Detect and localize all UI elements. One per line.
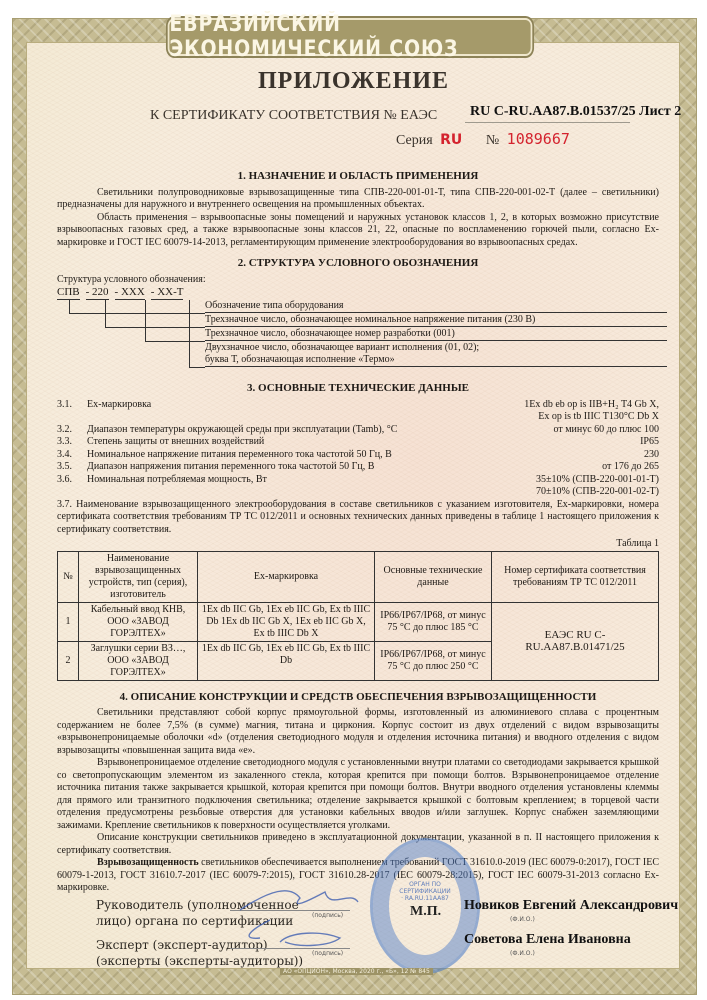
tech-item-number: 3.3. [57,436,87,449]
shared-certificate-cell: ЕАЭС RU C-RU.AA87.B.01471/25 [492,602,659,680]
row-device: Заглушки серии ВЗ…, ООО «ЗАВОД ГОРЭЛТЕХ» [79,641,198,680]
designation-code: СПВ- 220- XXX- XX-Т [57,286,189,300]
series-value: RU [440,132,462,148]
tech-item-number: 3.5. [57,461,87,474]
section-3-heading: 3. ОСНОВНЫЕ ТЕХНИЧЕСКИЕ ДАННЫЕ [57,382,659,395]
header-tech-data: Основные технические данные [375,551,492,602]
row-ex-marking: 1Ex db IIC Gb, 1Ex eb IIC Gb, Ex tb IIIC… [198,641,375,680]
structure-line-2: Трехзначное число, обозначающее номиналь… [205,314,667,327]
section-1-paragraph-2: Область применения – взрывоопасные зоны … [57,212,659,250]
tech-item-value: 70±10% (СПВ-220-001-02-Т) [536,486,659,499]
header-certificate: Номер сертификата соответствия требовани… [492,551,659,602]
certificate-number: RU C-RU.AA87.B.01537/25 Лист 2 [470,104,681,120]
tech-item-number: 3.1. [57,399,87,412]
row-tech-data: IP66/IP67/IP68, от минус 75 °С до плюс 2… [375,641,492,680]
components-table: № Наименование взрывозащищенных устройст… [57,551,659,681]
section-4-paragraph-2: Взрывонепроницаемое отделение светодиодн… [57,757,659,832]
tech-item-value: от минус 60 до плюс 100 [553,424,659,437]
certificate-subtitle: К СЕРТИФИКАТУ СООТВЕТСТВИЯ № ЕАЭС [150,108,437,124]
tech-item: 3.5.Диапазон напряжения питания переменн… [57,461,659,474]
tech-item-number: 3.2. [57,424,87,437]
tech-item-value: Ex op is tb IIIC T130°C Db X [538,411,659,424]
section-1-heading: 1. НАЗНАЧЕНИЕ И ОБЛАСТЬ ПРИМЕНЕНИЯ [57,170,659,183]
union-banner: ЕВРАЗИЙСКИЙ ЭКОНОМИЧЕСКИЙ СОЮЗ [168,18,533,56]
tech-item: 70±10% (СПВ-220-001-02-Т) [57,486,659,499]
code-part-dev: - XXX [115,286,145,300]
structure-line-3: Трехзначное число, обозначающее номер ра… [205,328,667,341]
fio-caption-head: (Ф.И.О.) [510,916,535,923]
table-row: 1 Кабельный ввод КНВ, ООО «ЗАВОД ГОРЭЛТЕ… [58,602,659,641]
head-name: Новиков Евгений Александрович [464,898,678,914]
structure-line-5: буква Т, обозначающая исполнение «Термо» [205,354,667,367]
tech-item: 3.1.Ex-маркировка1Ex db eb op is IIB+H₂ … [57,399,659,412]
code-part-variant: - XX-Т [151,286,184,300]
tech-item-number: 3.6. [57,474,87,487]
page-title: ПРИЛОЖЕНИЕ [0,68,707,95]
tech-item-label: Номинальное напряжение питания переменно… [87,449,644,462]
handwritten-signature-icon [230,880,370,960]
tech-item-number [57,486,87,499]
tech-item-label [87,486,536,499]
tech-item-label: Степень защиты от внешних воздействий [87,436,640,449]
tech-item-value: IP65 [640,436,659,449]
row-tech-data: IP66/IP67/IP68, от минус 75 °С до плюс 1… [375,602,492,641]
header-num: № [58,551,79,602]
designation-structure-diagram: СПВ- 220- XXX- XX-Т Обозначение типа обо… [57,286,659,382]
row-ex-marking: 1Ex db IIC Gb, 1Ex eb IIC Gb, Ex tb IIIC… [198,602,375,641]
stamp-label: М.П. [410,904,441,920]
code-part-type: СПВ [57,286,80,300]
table-header-row: № Наименование взрывозащищенных устройст… [58,551,659,602]
tech-item: 3.3.Степень защиты от внешних воздействи… [57,436,659,449]
form-number: 1089667 [507,130,570,148]
section-4-paragraph-1: Светильники представляют собой корпус пр… [57,707,659,757]
tech-item: 3.6.Номинальная потребляемая мощность, В… [57,474,659,487]
section-4-paragraph-3: Описание конструкции светильников привед… [57,832,659,857]
stamp-text: ОРГАН ПО СЕРТИФИКАЦИИ · RA.RU.11AA87 [399,881,451,902]
tech-item-label [87,411,538,424]
header-device: Наименование взрывозащищенных устройств,… [79,551,198,602]
tech-item-label: Ex-маркировка [87,399,524,412]
tech-item-number: 3.4. [57,449,87,462]
tech-item-value: 230 [644,449,659,462]
tech-item: Ex op is tb IIIC T130°C Db X [57,411,659,424]
tech-item: 3.2.Диапазон температуры окружающей сред… [57,424,659,437]
structure-line-4: Двухзначное число, обозначающее вариант … [205,342,667,354]
tech-item-value: от 176 до 265 [602,461,659,474]
certificate-number-underline [465,122,630,123]
header-ex-marking: Ex-маркировка [198,551,375,602]
print-info: АО «ОПЦИОН», Москва, 2020 г., «Б», 12 № … [280,968,433,975]
section-3-7-paragraph: 3.7. Наименование взрывозащищенного элек… [57,499,659,537]
explosion-protection-term: Взрывозащищенность [97,857,199,868]
tech-item-label: Диапазон температуры окружающей среды пр… [87,424,553,437]
technical-data-list: 3.1.Ex-маркировка1Ex db eb op is IIB+H₂ … [57,399,659,499]
series-line: Серия RU № 1089667 [396,130,570,149]
tech-item-value: 35±10% (СПВ-220-001-01-Т) [536,474,659,487]
tech-item-value: 1Ex db eb op is IIB+H₂ T4 Gb X, [524,399,659,412]
row-num: 1 [58,602,79,641]
table-caption: Таблица 1 [57,538,659,551]
section-1-paragraph-1: Светильники полупроводниковые взрывозащи… [57,187,659,212]
fio-caption-expert: (Ф.И.О.) [510,950,535,957]
tech-item: 3.4.Номинальное напряжение питания перем… [57,449,659,462]
code-part-voltage: - 220 [86,286,109,300]
tech-item-label: Диапазон напряжения питания переменного … [87,461,602,474]
section-2-heading: 2. СТРУКТУРА УСЛОВНОГО ОБОЗНАЧЕНИЯ [57,257,659,270]
structure-line-1: Обозначение типа оборудования [205,300,667,313]
row-num: 2 [58,641,79,680]
document-body: 1. НАЗНАЧЕНИЕ И ОБЛАСТЬ ПРИМЕНЕНИЯ Свети… [57,162,659,895]
structure-intro: Структура условного обозначения: [57,274,659,287]
series-label: Серия [396,133,433,148]
tech-item-number [57,411,87,424]
row-device: Кабельный ввод КНВ, ООО «ЗАВОД ГОРЭЛТЕХ» [79,602,198,641]
expert-name: Советова Елена Ивановна [464,932,631,948]
tech-item-label: Номинальная потребляемая мощность, Вт [87,474,536,487]
section-4-heading: 4. ОПИСАНИЕ КОНСТРУКЦИИ И СРЕДСТВ ОБЕСПЕ… [57,691,659,704]
number-label: № [486,133,499,148]
